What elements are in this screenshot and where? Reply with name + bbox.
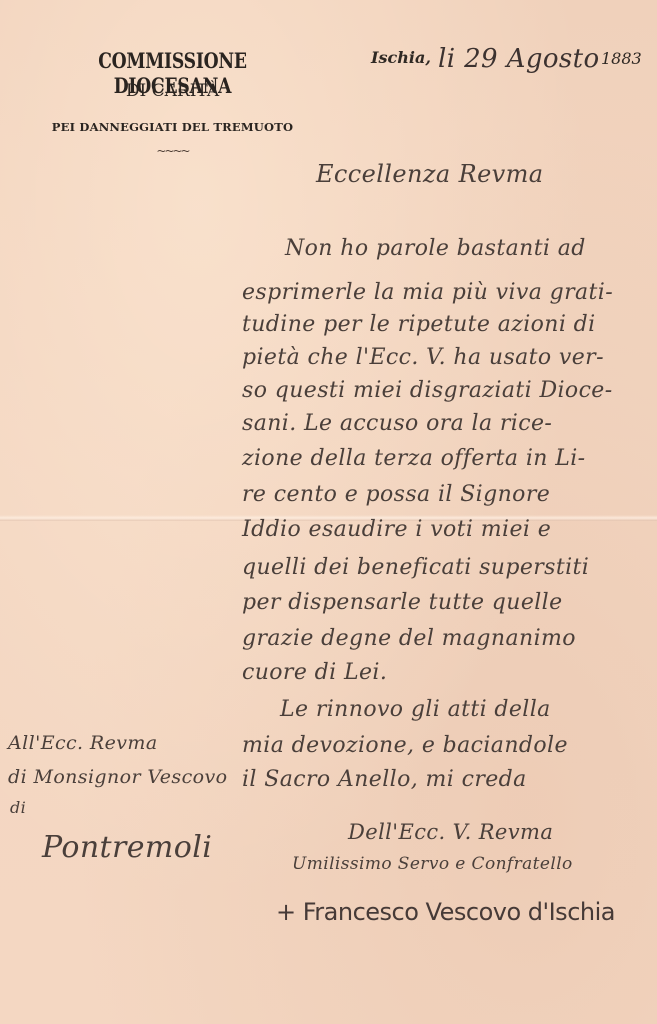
letter-page: COMMISSIONE DIOCESANA DI CARITÀ PEI DANN…: [0, 0, 657, 1024]
body-line: Le rinnovo gli atti della: [280, 697, 551, 722]
body-line: re cento e possa il Signore: [242, 482, 550, 507]
salutation: Eccellenza Revma: [316, 160, 544, 188]
body-line: il Sacro Anello, mi creda: [242, 767, 527, 792]
addressee-line-2: di Monsignor Vescovo: [8, 766, 227, 788]
addressee-line-3: di: [10, 798, 26, 817]
body-line: Iddio esaudire i voti miei e: [242, 517, 551, 542]
letterhead-subtitle: DI CARITÀ: [30, 81, 315, 101]
closing-line-1: Dell'Ecc. V. Revma: [348, 820, 553, 844]
body-line: sani. Le accuso ora la rice-: [242, 411, 552, 436]
body-line: esprimerle la mia più viva grati-: [242, 280, 613, 305]
body-line: mia devozione, e baciandole: [242, 733, 568, 758]
addressee-line-1: All'Ecc. Revma: [8, 732, 158, 754]
body-line: Non ho parole bastanti ad: [285, 236, 586, 261]
body-line: zione della terza offerta in Li-: [242, 446, 586, 471]
signature: + Francesco Vescovo d'Ischia: [276, 898, 615, 926]
body-line: tudine per le ripetute azioni di: [242, 312, 596, 337]
letterhead-ornament: ~~~~: [150, 144, 195, 158]
body-line: grazie degne del magnanimo: [242, 626, 576, 651]
letterhead-tagline: PEI DANNEGGIATI DEL TREMUOTO: [30, 120, 315, 134]
dateline-day-month: li 29 Agosto: [438, 44, 600, 74]
body-line: per dispensarle tutte quelle: [242, 590, 563, 615]
dateline-year: 1883: [601, 49, 642, 68]
addressee-city: Pontremoli: [42, 830, 212, 865]
body-line: quelli dei beneficati superstiti: [242, 555, 589, 580]
body-line: pietà che l'Ecc. V. ha usato ver-: [242, 345, 604, 370]
body-line: so questi miei disgraziati Dioce-: [242, 378, 613, 403]
body-line: cuore di Lei.: [242, 660, 387, 685]
closing-line-2: Umilissimo Servo e Confratello: [292, 854, 573, 874]
dateline-place: Ischia,: [371, 48, 431, 67]
